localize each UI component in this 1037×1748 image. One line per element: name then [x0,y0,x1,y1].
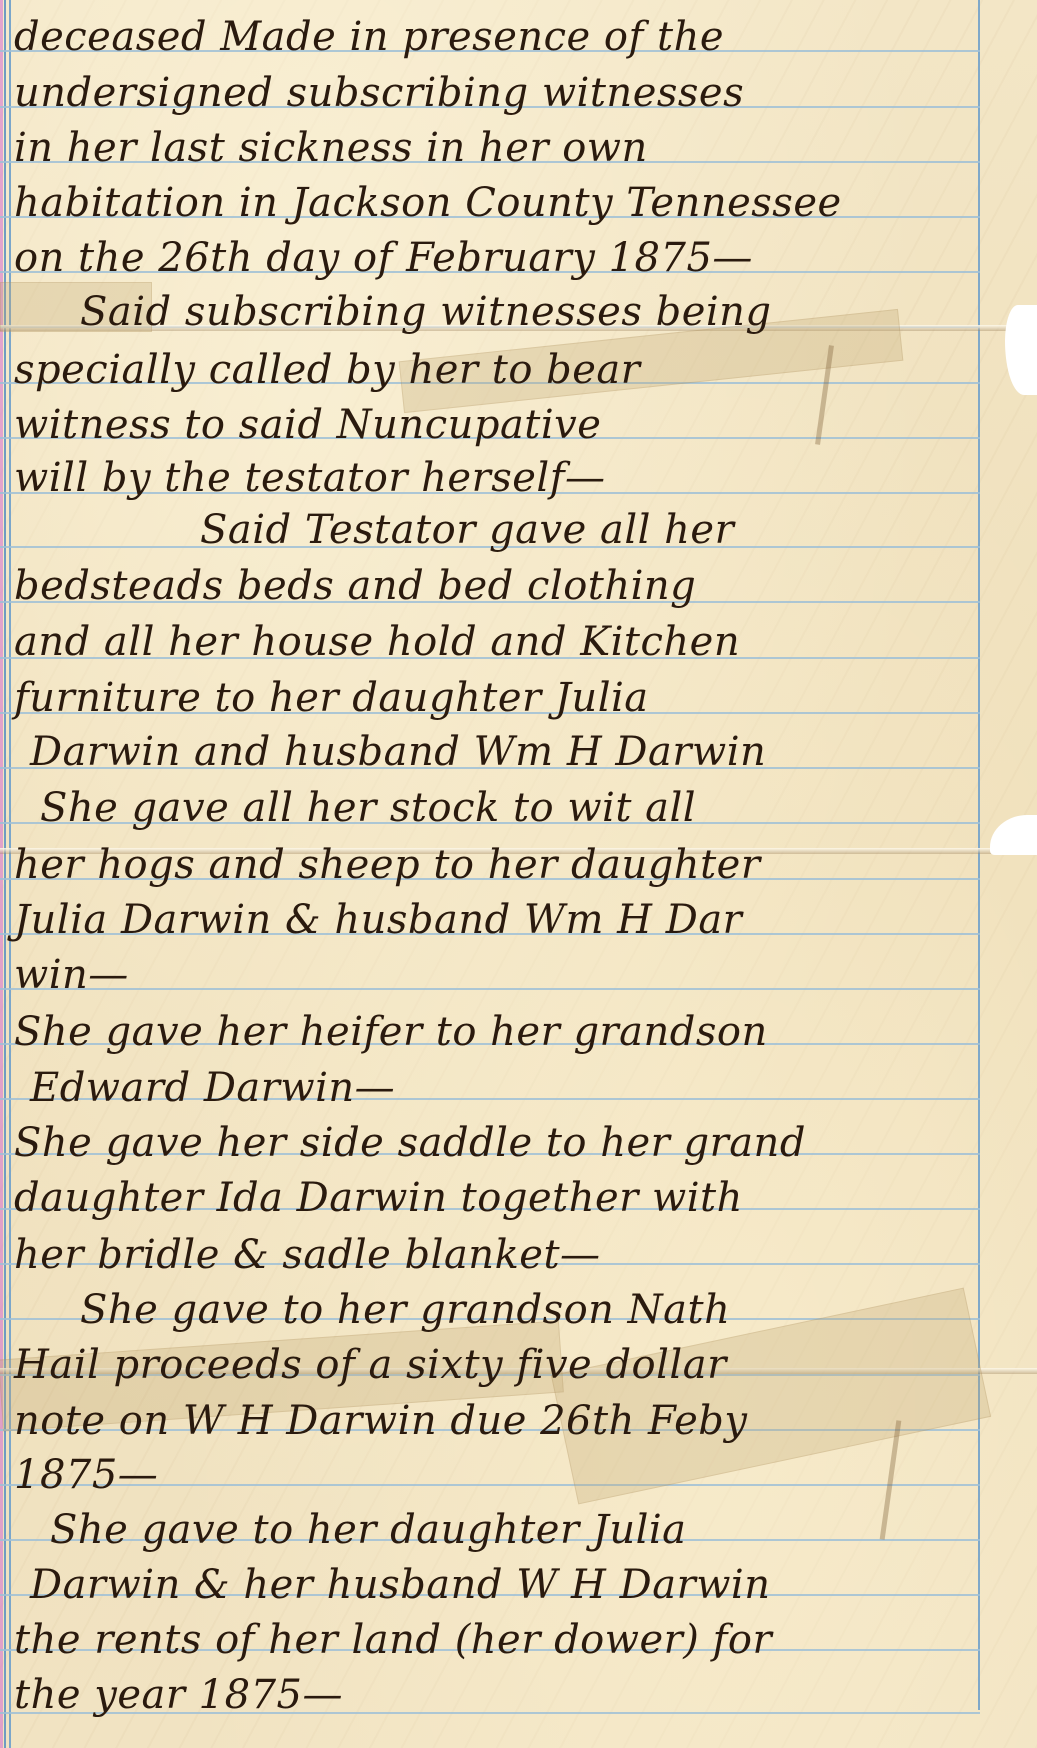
handwritten-line: the rents of her land (her dower) for [14,1615,772,1665]
handwritten-line: daughter Ida Darwin together with [14,1173,743,1223]
ruled-line [0,988,980,990]
handwritten-line: on the 26th day of February 1875— [14,233,753,283]
handwritten-line: undersigned subscribing witnesses [14,68,744,118]
torn-edge [1005,305,1037,395]
handwritten-line: note on W H Darwin due 26th Feby [14,1396,747,1446]
handwritten-line: Said subscribing witnesses being [80,287,772,337]
document-page: deceased Made in presence of theundersig… [0,0,1037,1748]
handwritten-line: She gave to her daughter Julia [50,1505,687,1555]
handwritten-line: Julia Darwin & husband Wm H Dar [14,895,742,945]
handwritten-line: She gave all her stock to wit all [40,783,696,833]
handwritten-line: She gave her heifer to her grandson [14,1007,768,1057]
handwritten-line: her hogs and sheep to her daughter [14,840,760,890]
handwritten-line: Hail proceeds of a sixty five dollar [14,1340,727,1390]
handwritten-line: habitation in Jackson County Tennessee [14,178,842,228]
handwritten-line: bedsteads beds and bed clothing [14,561,696,611]
handwritten-line: She gave her side saddle to her grand [14,1118,806,1168]
handwritten-line: the year 1875— [14,1670,343,1720]
handwritten-line: She gave to her grandson Nath [80,1285,730,1335]
handwritten-line: win— [14,950,129,1000]
handwritten-line: Darwin & her husband W H Darwin [30,1560,770,1610]
handwritten-line: deceased Made in presence of the [14,12,724,62]
handwritten-line: witness to said Nuncupative [14,400,601,450]
handwritten-line: Darwin and husband Wm H Darwin [30,727,766,777]
handwritten-line: will by the testator herself— [14,453,606,503]
handwritten-line: and all her house hold and Kitchen [14,617,740,667]
right-margin-line [978,0,980,1710]
handwritten-line: her bridle & sadle blanket— [14,1230,601,1280]
handwritten-line: 1875— [14,1450,158,1500]
handwritten-line: furniture to her daughter Julia [14,673,649,723]
handwritten-line: specially called by her to bear [14,345,640,395]
torn-edge [990,815,1037,855]
handwritten-line: in her last sickness in her own [14,123,648,173]
handwritten-line: Edward Darwin— [30,1063,395,1113]
handwritten-line: Said Testator gave all her [200,505,734,555]
